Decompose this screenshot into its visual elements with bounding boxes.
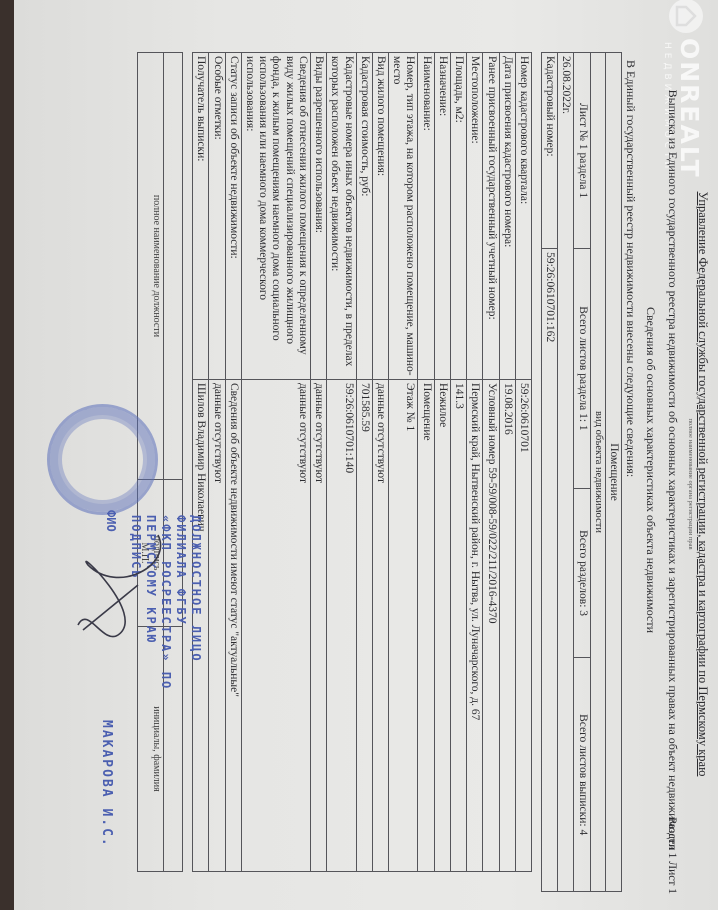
row-label: Номер, тип этажа, на котором расположено…: [389, 53, 418, 380]
row-label: Дата присвоения кадастрового номера:: [499, 53, 515, 380]
sheets-in-section: Всего листов раздела 1: 1: [574, 249, 590, 489]
row-label: Сведения об отнесении жилого помещения к…: [241, 53, 310, 380]
table-row: Дата присвоения кадастрового номера:19.0…: [499, 53, 515, 872]
row-label: Площадь, м2:: [450, 53, 466, 380]
cadastral-number-value: 59:26:0610701:162: [542, 249, 558, 892]
table-row: Ранее присвоенный государственный учетны…: [483, 53, 499, 872]
row-value: 701585.59: [356, 380, 372, 872]
sections-total: Всего разделов: 3: [574, 488, 590, 658]
object-kind-caption: вид объекта недвижимости: [590, 53, 605, 892]
table-row: Вид жилого помещения:данные отсутствуют: [372, 53, 388, 872]
row-value: 19.08.2016: [499, 380, 515, 872]
section-label: Раздел 1 Лист 1: [666, 817, 678, 894]
row-label: Статус записи об объекте недвижимости:: [225, 53, 241, 380]
row-value: Пермский край, Нытвенский район, г. Нытв…: [467, 380, 483, 872]
row-label: Кадастровые номера иных объектов недвижи…: [327, 53, 356, 380]
cadastral-number-label: Кадастровый номер:: [542, 53, 558, 249]
row-value: Условный номер 59-59/008-59/022/211/2016…: [483, 380, 499, 872]
row-value: Этаж № 1: [389, 380, 418, 872]
extract-date: 26.08.2022г.: [558, 53, 574, 892]
document-title: Выписка из Единого государственного реес…: [665, 60, 680, 880]
row-label: Кадастровая стоимость, руб:: [356, 53, 372, 380]
sheets-total: Всего листов выписки: 4: [574, 658, 590, 892]
object-kind-value: Помещение: [605, 53, 621, 892]
position-caption: полное наименование должности: [138, 53, 164, 480]
row-label: Виды разрешенного использования:: [310, 53, 326, 380]
row-label: Вид жилого помещения:: [372, 53, 388, 380]
table-row: Виды разрешенного использования:данные о…: [310, 53, 326, 872]
row-value: данные отсутствуют: [209, 380, 225, 872]
row-label: Местоположение:: [467, 53, 483, 380]
official-seal: [47, 404, 158, 515]
document-subtitle: Сведения об основных характеристиках объ…: [643, 60, 658, 880]
row-value: Помещение: [418, 380, 434, 872]
organization-caption: полное наименование органа регистрации п…: [687, 84, 694, 884]
table-row: Кадастровая стоимость, руб:701585.59: [356, 53, 372, 872]
row-label: Номер кадастрового квартала:: [515, 53, 531, 380]
sheet-number: Лист № 1 раздела 1: [574, 53, 590, 249]
table-row: Сведения об отнесении жилого помещения к…: [241, 53, 310, 872]
characteristics-table: Номер кадастрового квартала:59:26:061070…: [192, 52, 532, 872]
row-value: данные отсутствуют: [241, 380, 310, 872]
row-label: Назначение:: [434, 53, 450, 380]
table-row: Номер кадастрового квартала:59:26:061070…: [515, 53, 531, 872]
stamp-line: ДОЛЖНОСТНОЕ ЛИЦО: [188, 515, 203, 690]
table-row: Местоположение:Пермский край, Нытвенский…: [467, 53, 483, 872]
row-label: Наименование:: [418, 53, 434, 380]
row-value: 59:26:0610701: [515, 380, 531, 872]
row-label: Получатель выписки:: [193, 53, 209, 380]
table-row: Номер, тип этажа, на котором расположено…: [389, 53, 418, 872]
table-row: Площадь, м2:141.3: [450, 53, 466, 872]
object-kind-table: Помещение вид объекта недвижимости Лист …: [541, 52, 622, 892]
table-row: Кадастровые номера иных объектов недвижи…: [327, 53, 356, 872]
row-value: 59:26:0610701:140: [327, 380, 356, 872]
row-value: 141.3: [450, 380, 466, 872]
table-row: Особые отметки:данные отсутствуют: [209, 53, 225, 872]
egrn-extract: ONREALT НЕДВИЖИМОСТИ Управление Федераль…: [14, 0, 718, 900]
table-row: Получатель выписки:Шилов Владимир Никола…: [193, 53, 209, 872]
table-row: Статус записи об объекте недвижимости:Св…: [225, 53, 241, 872]
row-value: данные отсутствуют: [310, 380, 326, 872]
organization-name: Управление Федеральной службы государств…: [695, 84, 710, 884]
row-value: данные отсутствуют: [372, 380, 388, 872]
row-value: Сведения об объекте недвижимости имеют с…: [225, 380, 241, 872]
table-row: Назначение:Нежилое: [434, 53, 450, 872]
intro-text: В Единый государственный реестр недвижим…: [623, 60, 638, 477]
row-label: Ранее присвоенный государственный учетны…: [483, 53, 499, 380]
house-logo-icon: [668, 0, 704, 34]
handwritten-signature-icon: [68, 525, 178, 655]
table-row: Наименование:Помещение: [418, 53, 434, 872]
row-value: Нежилое: [434, 380, 450, 872]
row-label: Особые отметки:: [209, 53, 225, 380]
stamp-signer-name: МАКАРОВА И.С.: [99, 720, 114, 848]
